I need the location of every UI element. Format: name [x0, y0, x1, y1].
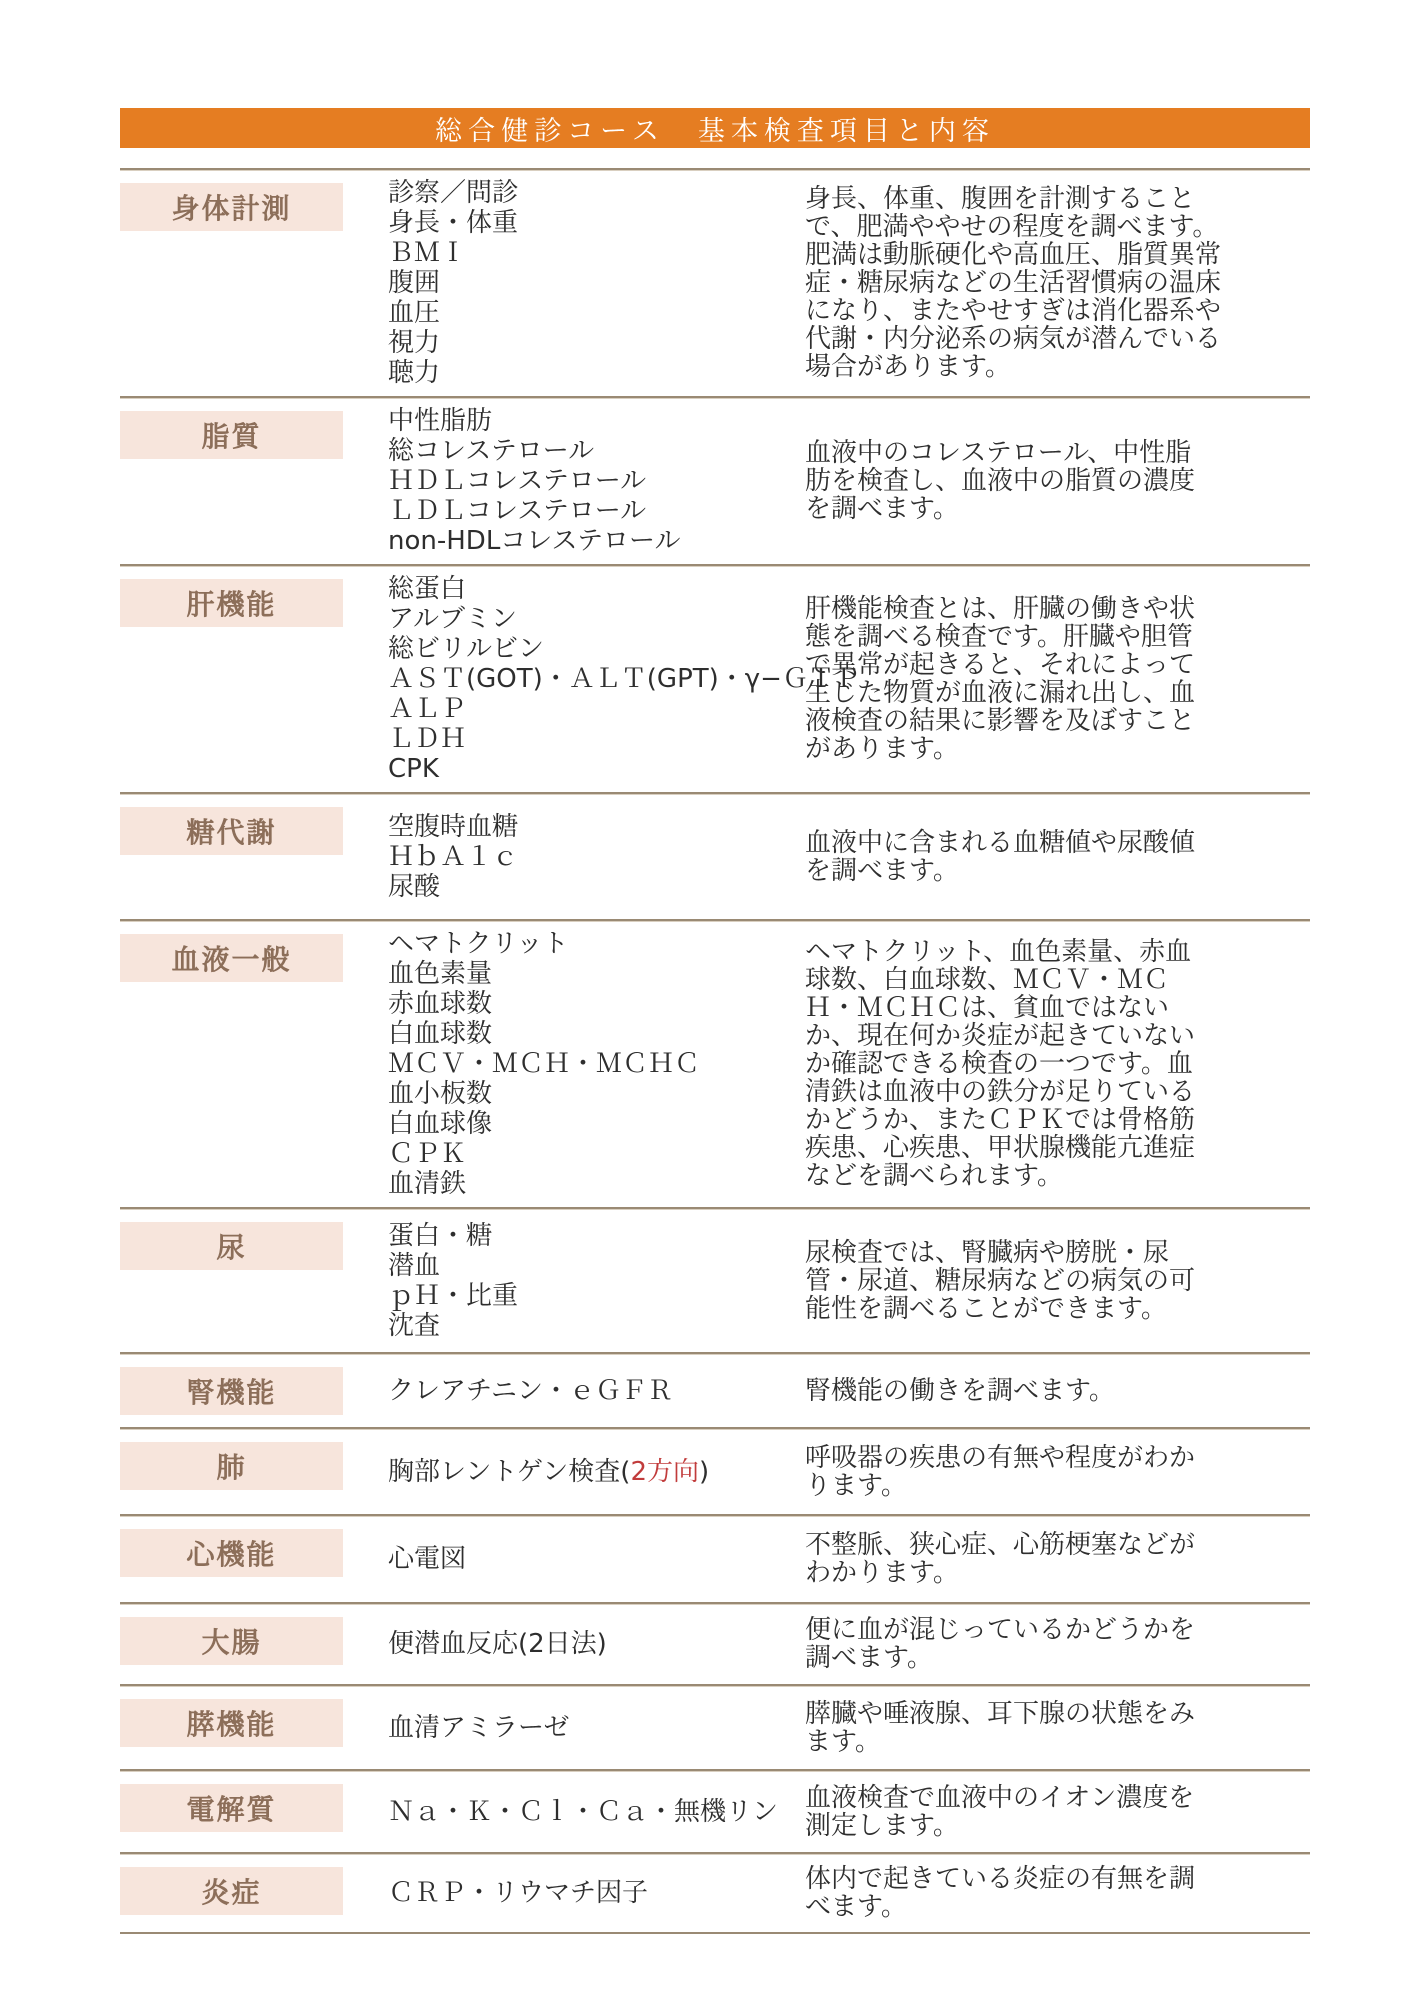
description-line: 液検査の結果に影響を及ぼすこと [805, 707, 1304, 735]
test-item: 身長・体重 [388, 208, 805, 238]
description-line: 症・糖尿病などの生活習慣病の温床 [805, 269, 1304, 297]
test-items-list: クレアチニン・ｅＧＦＲ [345, 1354, 805, 1427]
description-line: 清鉄は血液中の鉄分が足りている [805, 1078, 1304, 1106]
test-item: ＬＤＨ [388, 724, 805, 754]
category-text: 肺 [216, 1446, 246, 1486]
test-items-list: ヘマトクリット血色素量赤血球数白血球数ＭＣＶ・ＭＣＨ・ＭＣＨＣ血小板数白血球像Ｃ… [345, 921, 805, 1207]
category-cell: 肺 [120, 1429, 345, 1514]
category-text: 尿 [216, 1226, 246, 1266]
description: 呼吸器の疾患の有無や程度がわかります。 [805, 1429, 1310, 1514]
category-cell: 心機能 [120, 1516, 345, 1602]
category-cell: 尿 [120, 1209, 345, 1352]
table-row: 膵機能 血清アミラーゼ 膵臓や唾液腺、耳下腺の状態をみます。 [120, 1684, 1310, 1769]
description: 便に血が混じっているかどうかを調べます。 [805, 1604, 1310, 1684]
test-item: 診察／問診 [388, 178, 805, 208]
category-cell: 腎機能 [120, 1354, 345, 1427]
description-line: 肪を検査し、血液中の脂質の濃度 [805, 467, 1304, 495]
test-item: 中性脂肪 [388, 406, 805, 436]
test-items-list: 総蛋白アルブミン総ビリルビンＡＳＴ(GOT)・ＡＬＴ(GPT)・γ−ＧＴＰＡＬＰ… [345, 566, 805, 792]
table-row: 身体計測 診察／問診身長・体重ＢＭＩ腹囲血圧視力聴力 身長、体重、腹囲を計測する… [120, 168, 1310, 396]
test-item: 蛋白・糖 [388, 1221, 805, 1251]
description-line: で異常が起きると、それによって [805, 651, 1304, 679]
table-row: 糖代謝 空腹時血糖ＨｂＡ１ｃ尿酸 血液中に含まれる血糖値や尿酸値を調べます。 [120, 792, 1310, 919]
category-cell: 電解質 [120, 1771, 345, 1852]
test-item: ヘマトクリット [388, 929, 805, 959]
description-line: 疾患、心疾患、甲状腺機能亢進症 [805, 1134, 1304, 1162]
description: 腎機能の働きを調べます。 [805, 1354, 1310, 1427]
description-line: 管・尿道、糖尿病などの病気の可 [805, 1267, 1304, 1295]
health-checkup-sheet: 総合健診コース 基本検査項目と内容 身体計測 診察／問診身長・体重ＢＭＩ腹囲血圧… [0, 0, 1414, 2000]
table-row: 電解質 Ｎａ・Ｋ・Ｃｌ・Ｃａ・無機リン 血液検査で血液中のイオン濃度を測定します… [120, 1769, 1310, 1852]
test-item: 血清アミラーゼ [388, 1713, 805, 1743]
description-line: べます。 [805, 1893, 1304, 1921]
table-row: 大腸 便潜血反応(2日法) 便に血が混じっているかどうかを調べます。 [120, 1602, 1310, 1684]
description-line: かどうか、またＣＰＫでは骨格筋 [805, 1106, 1304, 1134]
test-items-list: 中性脂肪総コレステロールＨＤＬコレステロールＬＤＬコレステロールnon-HDLコ… [345, 398, 805, 564]
table-row: 脂質 中性脂肪総コレステロールＨＤＬコレステロールＬＤＬコレステロールnon-H… [120, 396, 1310, 564]
category-label: 糖代謝 [120, 807, 343, 855]
description-line: 身長、体重、腹囲を計測すること [805, 185, 1304, 213]
description: 血液検査で血液中のイオン濃度を測定します。 [805, 1771, 1310, 1852]
test-item: 血色素量 [388, 959, 805, 989]
category-cell: 血液一般 [120, 921, 345, 1207]
description-line: 球数、白血球数、ＭＣＶ・ＭＣ [805, 966, 1304, 994]
description-line: を調べます。 [805, 495, 1304, 523]
test-item: アルブミン [388, 604, 805, 634]
description-line: 呼吸器の疾患の有無や程度がわか [805, 1444, 1304, 1472]
test-items-list: 空腹時血糖ＨｂＡ１ｃ尿酸 [345, 794, 805, 919]
description-line: 代謝・内分泌系の病気が潜んでいる [805, 325, 1304, 353]
description: 血液中に含まれる血糖値や尿酸値を調べます。 [805, 794, 1310, 919]
category-text: 身体計測 [171, 187, 291, 227]
test-item: Ｎａ・Ｋ・Ｃｌ・Ｃａ・無機リン [388, 1797, 805, 1827]
test-item: 便潜血反応(2日法) [388, 1629, 805, 1659]
category-text: 肝機能 [186, 583, 276, 623]
description-line: などを調べられます。 [805, 1162, 1304, 1190]
table-row: 炎症 ＣＲＰ・リウマチ因子 体内で起きている炎症の有無を調べます。 [120, 1852, 1310, 1932]
description-line: Ｈ・ＭＣＨＣは、貧血ではない [805, 994, 1304, 1022]
description-line: を調べます。 [805, 857, 1304, 885]
category-label: 炎症 [120, 1867, 343, 1915]
category-cell: 身体計測 [120, 170, 345, 396]
description-line: 測定します。 [805, 1812, 1304, 1840]
category-label: 肺 [120, 1442, 343, 1490]
test-item: ｐＨ・比重 [388, 1281, 805, 1311]
category-text: 心機能 [186, 1533, 276, 1573]
description-line: 調べます。 [805, 1644, 1304, 1672]
test-item: 視力 [388, 328, 805, 358]
description-line: 膵臓や唾液腺、耳下腺の状態をみ [805, 1700, 1304, 1728]
description-line: 肥満は動脈硬化や高血圧、脂質異常 [805, 241, 1304, 269]
test-item: 総ビリルビン [388, 634, 805, 664]
description-line: 場合があります。 [805, 353, 1304, 381]
test-item: 空腹時血糖 [388, 812, 805, 842]
description: 血液中のコレステロール、中性脂肪を検査し、血液中の脂質の濃度を調べます。 [805, 398, 1310, 564]
category-label: 脂質 [120, 411, 343, 459]
test-item: クレアチニン・ｅＧＦＲ [388, 1376, 805, 1406]
description-line: 肝機能検査とは、肝臓の働きや状 [805, 595, 1304, 623]
description-line: 血液中のコレステロール、中性脂 [805, 439, 1304, 467]
category-cell: 脂質 [120, 398, 345, 564]
table-row: 肺 胸部レントゲン検査(2方向) 呼吸器の疾患の有無や程度がわかります。 [120, 1427, 1310, 1514]
description: 体内で起きている炎症の有無を調べます。 [805, 1854, 1310, 1932]
description: 不整脈、狭心症、心筋梗塞などがわかります。 [805, 1516, 1310, 1602]
category-text: 炎症 [201, 1871, 261, 1911]
test-item: 潜血 [388, 1251, 805, 1281]
test-items-list: ＣＲＰ・リウマチ因子 [345, 1854, 805, 1932]
test-item: 総コレステロール [388, 436, 805, 466]
test-item: ＣＰＫ [388, 1139, 805, 1169]
test-item: ＢＭＩ [388, 238, 805, 268]
test-item: non-HDLコレステロール [388, 526, 805, 556]
test-items-list: 診察／問診身長・体重ＢＭＩ腹囲血圧視力聴力 [345, 170, 805, 396]
description-line: ります。 [805, 1472, 1304, 1500]
description: ヘマトクリット、血色素量、赤血球数、白血球数、ＭＣＶ・ＭＣＨ・ＭＣＨＣは、貧血で… [805, 921, 1310, 1207]
category-label: 肝機能 [120, 579, 343, 627]
description-line: 血液中に含まれる血糖値や尿酸値 [805, 829, 1304, 857]
test-item: ＨＤＬコレステロール [388, 466, 805, 496]
table-row: 血液一般 ヘマトクリット血色素量赤血球数白血球数ＭＣＶ・ＭＣＨ・ＭＣＨＣ血小板数… [120, 919, 1310, 1207]
category-text: 脂質 [201, 415, 261, 455]
description-line: 腎機能の働きを調べます。 [805, 1377, 1304, 1405]
test-item: 血小板数 [388, 1079, 805, 1109]
test-item: 尿酸 [388, 872, 805, 902]
category-label: 尿 [120, 1222, 343, 1270]
test-item: ＭＣＶ・ＭＣＨ・ＭＣＨＣ [388, 1049, 805, 1079]
table-row: 心機能 心電図 不整脈、狭心症、心筋梗塞などがわかります。 [120, 1514, 1310, 1602]
category-text: 電解質 [186, 1788, 276, 1828]
category-text: 血液一般 [171, 938, 291, 978]
test-item: CPK [388, 754, 805, 784]
description: 身長、体重、腹囲を計測することで、肥満ややせの程度を調べます。肥満は動脈硬化や高… [805, 170, 1310, 396]
description-line: 能性を調べることができます。 [805, 1295, 1304, 1323]
test-items-list: Ｎａ・Ｋ・Ｃｌ・Ｃａ・無機リン [345, 1771, 805, 1852]
test-item: 総蛋白 [388, 574, 805, 604]
title-bar: 総合健診コース 基本検査項目と内容 [120, 108, 1310, 148]
category-cell: 炎症 [120, 1854, 345, 1932]
description-line: ヘマトクリット、血色素量、赤血 [805, 938, 1304, 966]
category-cell: 大腸 [120, 1604, 345, 1684]
description: 肝機能検査とは、肝臓の働きや状態を調べる検査です。肝臓や胆管で異常が起きると、そ… [805, 566, 1310, 792]
description-line: ます。 [805, 1728, 1304, 1756]
test-item: 白血球数 [388, 1019, 805, 1049]
test-item: 胸部レントゲン検査(2方向) [388, 1457, 805, 1487]
description-line: 生じた物質が血液に漏れ出し、血 [805, 679, 1304, 707]
test-item: 白血球像 [388, 1109, 805, 1139]
test-item: 聴力 [388, 358, 805, 388]
test-items-list: 血清アミラーゼ [345, 1686, 805, 1769]
description-line: 不整脈、狭心症、心筋梗塞などが [805, 1531, 1304, 1559]
category-text: 大腸 [201, 1621, 261, 1661]
test-item-text: ) [699, 1457, 709, 1487]
test-item-text: 胸部レントゲン検査( [388, 1457, 630, 1487]
category-text: 膵機能 [186, 1703, 276, 1743]
test-items-list: 胸部レントゲン検査(2方向) [345, 1429, 805, 1514]
table-row: 肝機能 総蛋白アルブミン総ビリルビンＡＳＴ(GOT)・ＡＬＴ(GPT)・γ−ＧＴ… [120, 564, 1310, 792]
page-title: 総合健診コース 基本検査項目と内容 [435, 109, 995, 148]
category-label: 心機能 [120, 1529, 343, 1577]
description-line: 血液検査で血液中のイオン濃度を [805, 1784, 1304, 1812]
description-line: があります。 [805, 735, 1304, 763]
test-items-list: 便潜血反応(2日法) [345, 1604, 805, 1684]
description-line: 尿検査では、腎臓病や膀胱・尿 [805, 1239, 1304, 1267]
category-label: 腎機能 [120, 1367, 343, 1415]
description-line: で、肥満ややせの程度を調べます。 [805, 213, 1304, 241]
category-cell: 膵機能 [120, 1686, 345, 1769]
test-item: ＡＳＴ(GOT)・ＡＬＴ(GPT)・γ−ＧＴＰ [388, 664, 805, 694]
category-cell: 肝機能 [120, 566, 345, 792]
description-line: か、現在何か炎症が起きていない [805, 1022, 1304, 1050]
category-label: 身体計測 [120, 183, 343, 231]
category-label: 電解質 [120, 1784, 343, 1832]
test-item: 腹囲 [388, 268, 805, 298]
test-item: ＣＲＰ・リウマチ因子 [388, 1878, 805, 1908]
description-line: 便に血が混じっているかどうかを [805, 1616, 1304, 1644]
table-row: 腎機能 クレアチニン・ｅＧＦＲ 腎機能の働きを調べます。 [120, 1352, 1310, 1427]
description: 尿検査では、腎臓病や膀胱・尿管・尿道、糖尿病などの病気の可能性を調べることができ… [805, 1209, 1310, 1352]
test-item: 心電図 [388, 1544, 805, 1574]
test-item: ＬＤＬコレステロール [388, 496, 805, 526]
description-line: わかります。 [805, 1559, 1304, 1587]
table-row: 尿 蛋白・糖潜血ｐＨ・比重沈査 尿検査では、腎臓病や膀胱・尿管・尿道、糖尿病など… [120, 1207, 1310, 1352]
test-item: 血清鉄 [388, 1169, 805, 1199]
description-line: 体内で起きている炎症の有無を調 [805, 1865, 1304, 1893]
description-line: になり、またやせすぎは消化器系や [805, 297, 1304, 325]
category-label: 大腸 [120, 1617, 343, 1665]
description: 膵臓や唾液腺、耳下腺の状態をみます。 [805, 1686, 1310, 1769]
category-label: 膵機能 [120, 1699, 343, 1747]
test-item-accent: 2方向 [630, 1457, 699, 1487]
category-text: 糖代謝 [186, 811, 276, 851]
category-label: 血液一般 [120, 934, 343, 982]
test-item: 血圧 [388, 298, 805, 328]
test-item: 沈査 [388, 1311, 805, 1341]
category-cell: 糖代謝 [120, 794, 345, 919]
category-text: 腎機能 [186, 1371, 276, 1411]
test-items-list: 心電図 [345, 1516, 805, 1602]
exam-table: 身体計測 診察／問診身長・体重ＢＭＩ腹囲血圧視力聴力 身長、体重、腹囲を計測する… [120, 168, 1310, 1934]
test-item: ＡＬＰ [388, 694, 805, 724]
test-item: ＨｂＡ１ｃ [388, 842, 805, 872]
description-line: 態を調べる検査です。肝臓や胆管 [805, 623, 1304, 651]
test-items-list: 蛋白・糖潜血ｐＨ・比重沈査 [345, 1209, 805, 1352]
description-line: か確認できる検査の一つです。血 [805, 1050, 1304, 1078]
test-item: 赤血球数 [388, 989, 805, 1019]
